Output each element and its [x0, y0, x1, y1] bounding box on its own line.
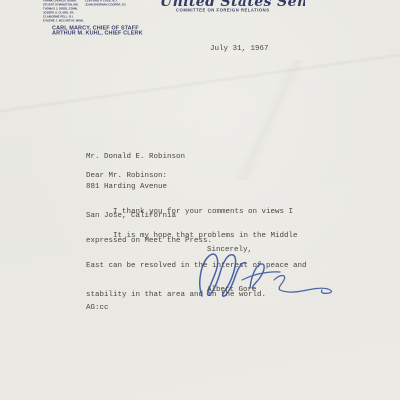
salutation: Dear Mr. Robinson:	[86, 172, 167, 182]
address-line: Mr. Donald E. Robinson	[86, 153, 185, 163]
letter-scan: FRANK CHURCH, IDAHO STUART SYMINGTON, MO…	[0, 0, 400, 400]
staff-name: ARTHUR M. KUHL, CHIEF CLERK	[52, 30, 143, 35]
org-name-clipped: United States Senate	[160, 0, 305, 8]
committee-staff-block: CARL MARCY, CHIEF OF STAFF ARTHUR M. KUH…	[52, 26, 143, 35]
reference-initials: AG:cc	[86, 304, 109, 314]
date-line: July 31, 1967	[210, 45, 269, 55]
member-name: THOMAS J. DODD, CONN.	[43, 6, 84, 10]
member-name: JOSEPH S. CLARK, PA.	[43, 10, 84, 14]
member-name: CLAIBORNE PELL, R.I.	[43, 14, 84, 18]
typed-signer-name: Albert Gore	[207, 286, 257, 296]
committee-members-left-column: FRANK CHURCH, IDAHO STUART SYMINGTON, MO…	[43, 0, 84, 22]
member-name: JOHN SHERMAN COOPER, KY.	[85, 2, 126, 6]
body-line: It is my hope that problems in the Middl…	[86, 232, 307, 242]
paper-crease	[0, 48, 400, 118]
committee-members-right-column: CLIFFORD P. CASE, N.J. JOHN SHERMAN COOP…	[85, 0, 126, 6]
committee-name: COMMITTEE ON FOREIGN RELATIONS	[176, 8, 314, 13]
member-name: EUGENE J. MCCARTHY, MINN.	[43, 18, 84, 22]
org-name: United States Senate	[160, 0, 305, 8]
member-name: STUART SYMINGTON, MO.	[43, 2, 84, 6]
